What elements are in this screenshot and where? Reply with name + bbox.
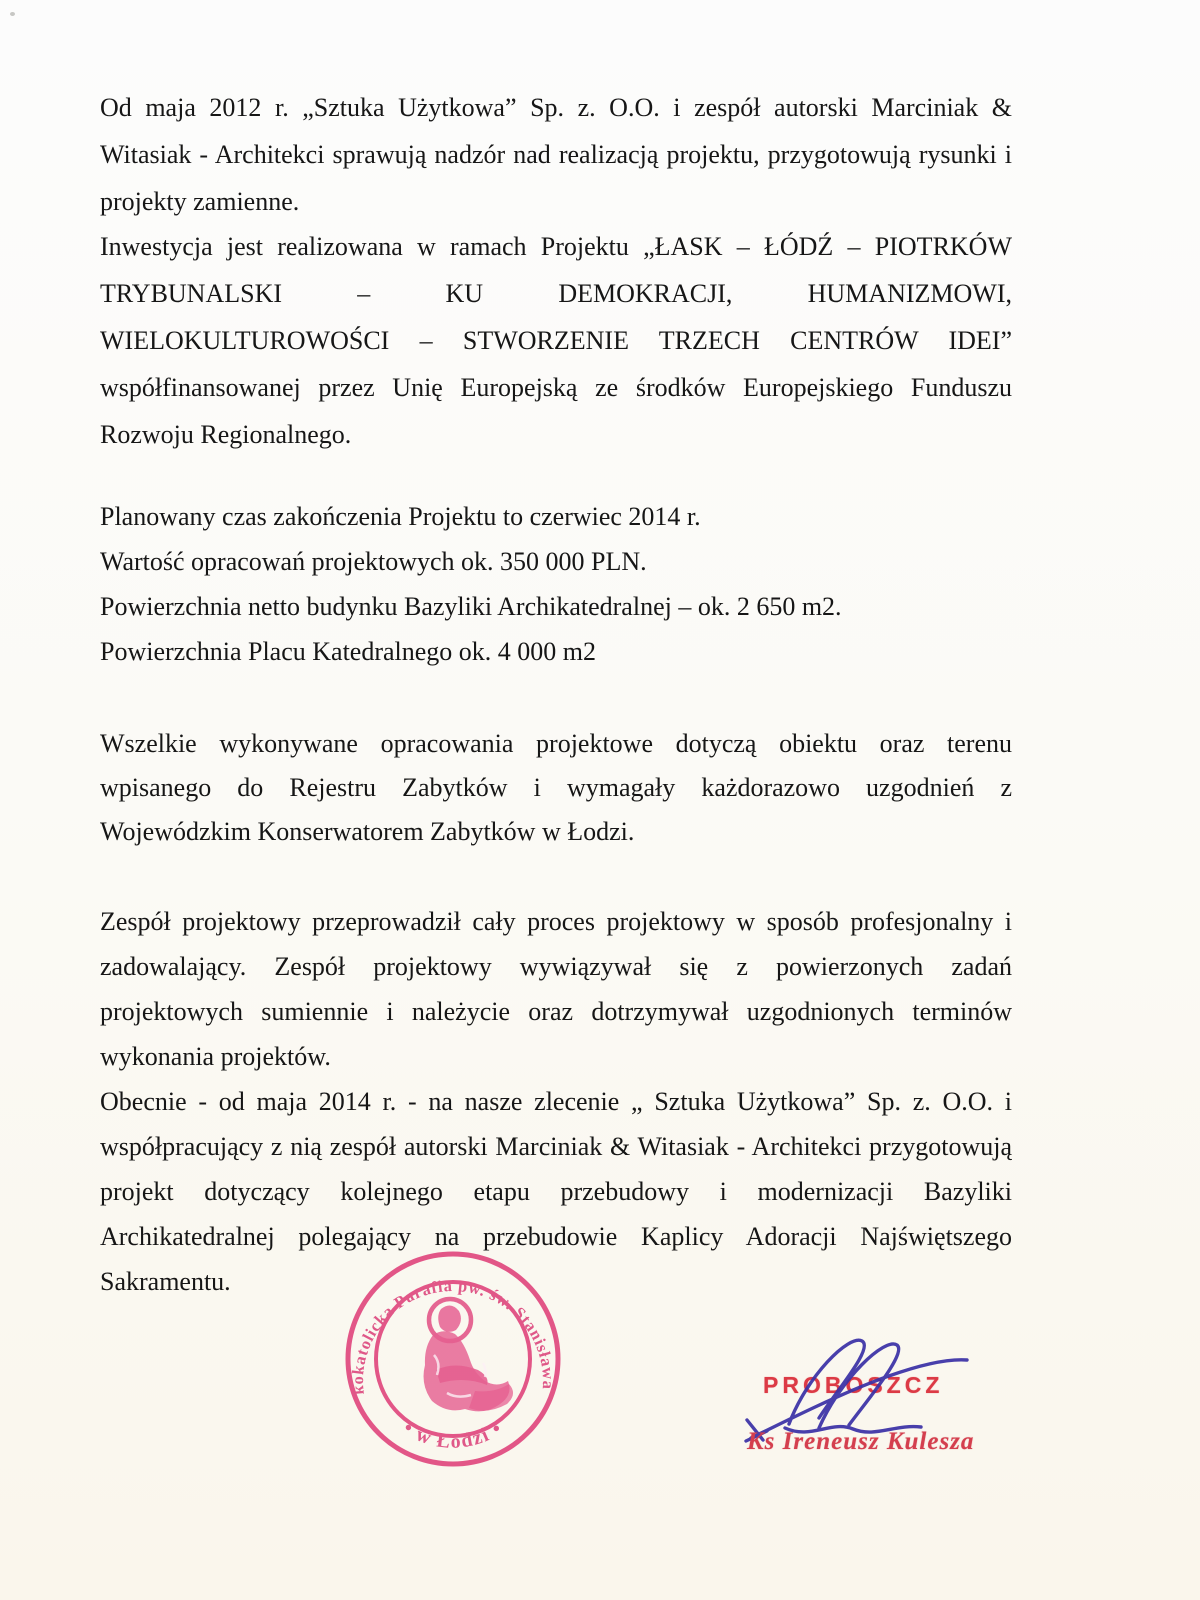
text-line: współpracujący z nią zespół autorski Mar…	[100, 1124, 1012, 1169]
text-line: zadowalający. Zespół projektowy wywiązyw…	[100, 944, 1012, 989]
parish-seal-stamp: Rzymskokatolicka Parafia pw. św. Stanisł…	[337, 1243, 569, 1475]
text-line: projekty zamienne.	[100, 178, 1012, 225]
text-line: Powierzchnia netto budynku Bazyliki Arch…	[100, 584, 1012, 629]
text-line: Wszelkie wykonywane opracowania projekto…	[100, 722, 1012, 766]
text-line: Zespół projektowy przeprowadził cały pro…	[100, 899, 1012, 944]
scanned-document-page: Od maja 2012 r. „Sztuka Użytkowa” Sp. z.…	[0, 0, 1200, 1600]
priest-name-stamp: Ks Ireneusz Kulesza	[747, 1428, 977, 1456]
paragraph-project-facts: Planowany czas zakończenia Projektu to c…	[100, 494, 1012, 674]
text-line: Wartość opracowań projektowych ok. 350 0…	[100, 539, 1012, 584]
text-line: Wojewódzkim Konserwatorem Zabytków w Łod…	[100, 810, 1012, 854]
text-line: Rozwoju Regionalnego.	[100, 411, 1012, 458]
paragraph-project-funding: Inwestycja jest realizowana w ramach Pro…	[100, 223, 1012, 458]
text-line: Planowany czas zakończenia Projektu to c…	[100, 494, 1012, 539]
paragraph-heritage-register: Wszelkie wykonywane opracowania projekto…	[100, 722, 1012, 854]
text-line: wykonania projektów.	[100, 1034, 1012, 1079]
text-line: projekt dotyczący kolejnego etapu przebu…	[100, 1169, 1012, 1214]
text-line: WIELOKULTUROWOŚCI – STWORZENIE TRZECH CE…	[100, 317, 1012, 364]
scan-speck	[10, 12, 15, 16]
text-line: Witasiak - Architekci sprawują nadzór na…	[100, 131, 1012, 178]
text-line: wpisanego do Rejestru Zabytków i wymagał…	[100, 766, 1012, 810]
paragraph-supervision: Od maja 2012 r. „Sztuka Użytkowa” Sp. z.…	[100, 84, 1012, 225]
text-line: Od maja 2012 r. „Sztuka Użytkowa” Sp. z.…	[100, 84, 1012, 131]
text-line: projektowych sumiennie i należycie oraz …	[100, 989, 1012, 1034]
signature-cross-stroke	[751, 1360, 967, 1438]
text-line: Inwestycja jest realizowana w ramach Pro…	[100, 223, 1012, 270]
text-line: Powierzchnia Placu Katedralnego ok. 4 00…	[100, 629, 1012, 674]
text-line: Obecnie - od maja 2014 r. - na nasze zle…	[100, 1079, 1012, 1124]
saint-figure-icon	[424, 1299, 514, 1411]
text-line: współfinansowanej przez Unię Europejską …	[100, 364, 1012, 411]
seal-bottom-text: • w Łodzi •	[399, 1417, 507, 1453]
text-line: TRYBUNALSKI – KU DEMOKRACJI, HUMANIZMOWI…	[100, 270, 1012, 317]
